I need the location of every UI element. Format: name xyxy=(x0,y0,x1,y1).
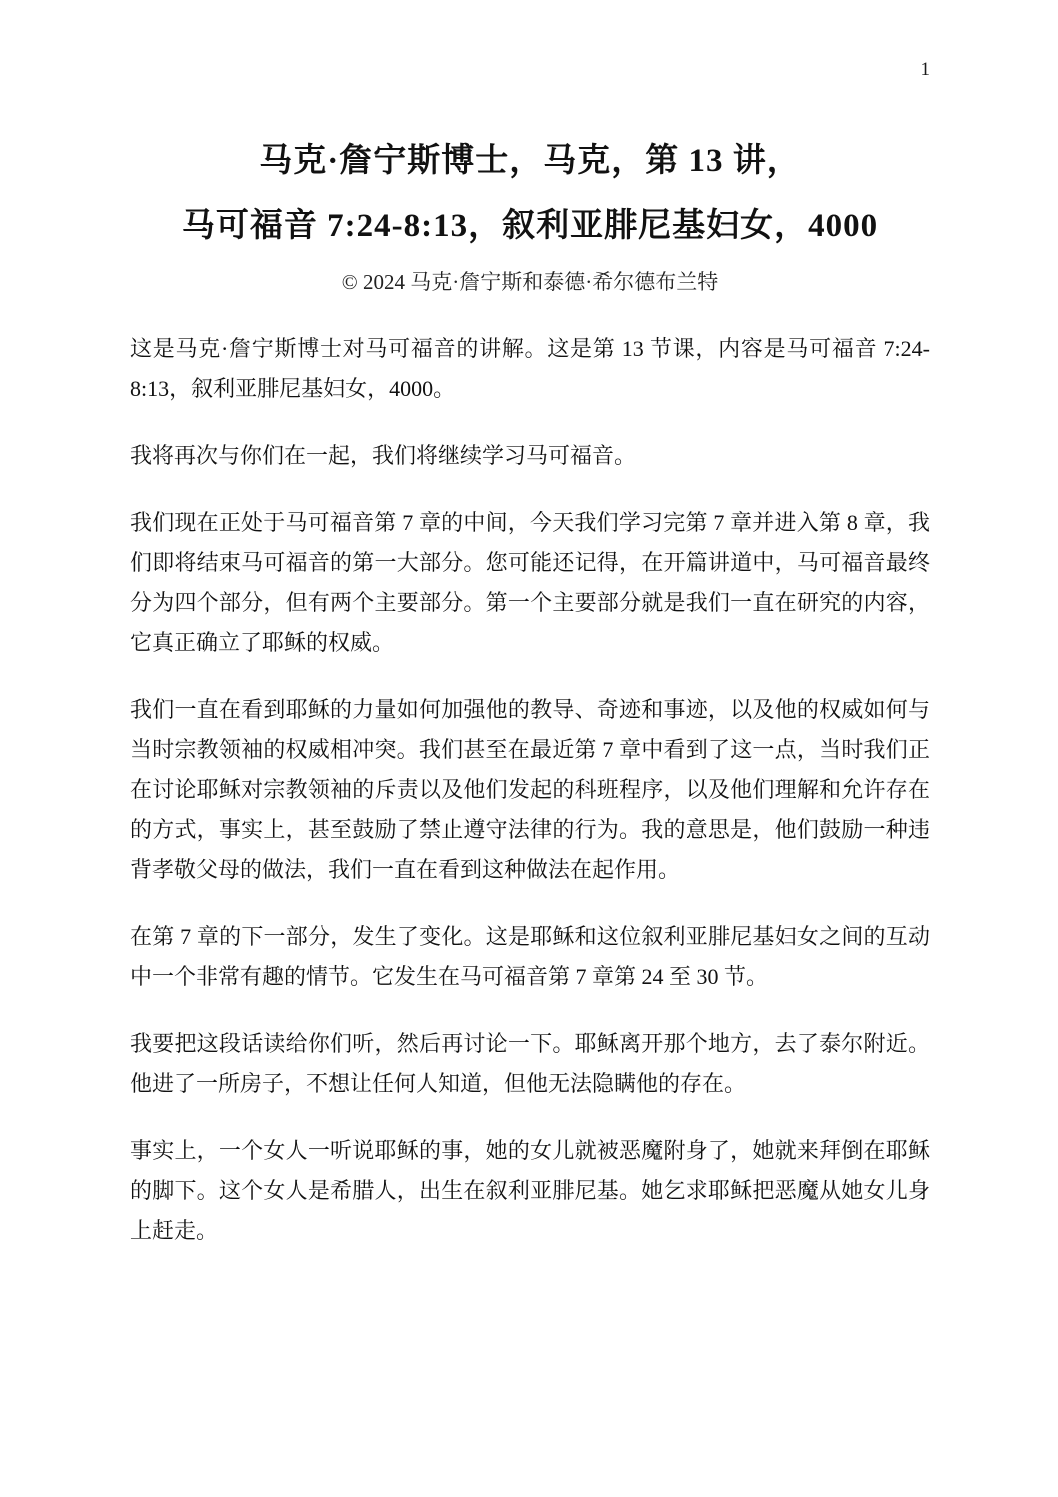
page-number: 1 xyxy=(921,58,931,82)
paragraph: 我们一直在看到耶稣的力量如何加强他的教导、奇迹和事迹，以及他的权威如何与当时宗教… xyxy=(130,690,930,890)
document-body: 这是马克·詹宁斯博士对马可福音的讲解。这是第 13 节课，内容是马可福音 7:2… xyxy=(130,329,930,1251)
document-page: 1 马克·詹宁斯博士，马克，第 13 讲， 马可福音 7:24-8:13，叙利亚… xyxy=(0,0,1058,1497)
copyright-line: © 2024 马克·詹宁斯和泰德·希尔德布兰特 xyxy=(130,267,930,297)
document-content: 马克·詹宁斯博士，马克，第 13 讲， 马可福音 7:24-8:13，叙利亚腓尼… xyxy=(0,129,1058,1251)
document-title: 马克·詹宁斯博士，马克，第 13 讲， 马可福音 7:24-8:13，叙利亚腓尼… xyxy=(130,129,930,259)
paragraph: 我将再次与你们在一起，我们将继续学习马可福音。 xyxy=(130,436,930,476)
paragraph: 这是马克·詹宁斯博士对马可福音的讲解。这是第 13 节课，内容是马可福音 7:2… xyxy=(130,329,930,409)
paragraph: 事实上，一个女人一听说耶稣的事，她的女儿就被恶魔附身了，她就来拜倒在耶稣的脚下。… xyxy=(130,1131,930,1251)
document-title-line-2: 马可福音 7:24-8:13，叙利亚腓尼基妇女，4000 xyxy=(130,194,930,259)
paragraph: 我们现在正处于马可福音第 7 章的中间，今天我们学习完第 7 章并进入第 8 章… xyxy=(130,503,930,663)
paragraph: 我要把这段话读给你们听，然后再讨论一下。耶稣离开那个地方，去了泰尔附近。他进了一… xyxy=(130,1024,930,1104)
paragraph: 在第 7 章的下一部分，发生了变化。这是耶稣和这位叙利亚腓尼基妇女之间的互动中一… xyxy=(130,917,930,997)
document-title-line-1: 马克·詹宁斯博士，马克，第 13 讲， xyxy=(130,129,930,194)
